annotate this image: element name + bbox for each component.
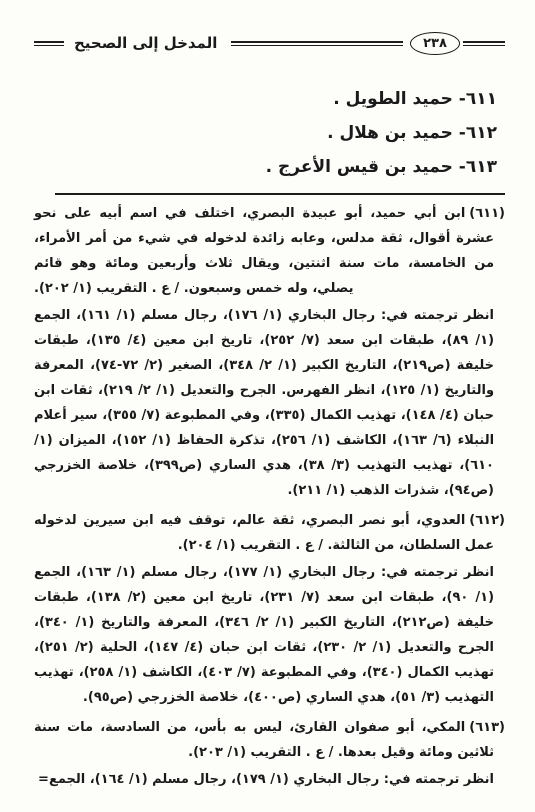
- footnote-sources: انظر ترجمته في: رجال البخاري (١/ ١٧٧)، ر…: [34, 560, 505, 710]
- page-header: ٢٣٨ المدخل إلى الصحيح: [34, 30, 505, 56]
- footnote-612: (٦١٢)العدوي، أبو نصر البصري، ثقة عالم، ت…: [34, 508, 505, 710]
- footnote-number: (٦١٢): [469, 513, 505, 528]
- page-title: المدخل إلى الصحيح: [74, 34, 217, 52]
- footnote-number: (٦١١): [469, 206, 505, 221]
- footnote-613: (٦١٣)المكي، أبو صفوان القارئ، ليس به بأس…: [34, 715, 505, 792]
- book-page: ٢٣٨ المدخل إلى الصحيح ٦١١- حميد الطويل .…: [0, 0, 535, 812]
- header-rule-left: [34, 41, 64, 46]
- footnote-body: (٦١١)ابن أبي حميد، أبو عبيدة البصري، اخت…: [34, 201, 505, 301]
- entry-613: ٦١٣- حميد بن قيس الأعرج .: [34, 150, 497, 184]
- footnote-sources: انظر ترجمته في: رجال البخاري (١/ ١٧٩)، ر…: [34, 767, 505, 792]
- entry-611: ٦١١- حميد الطويل .: [34, 82, 497, 116]
- footnotes-section: (٦١١)ابن أبي حميد، أبو عبيدة البصري، اخت…: [34, 201, 505, 792]
- footnote-body: (٦١٢)العدوي، أبو نصر البصري، ثقة عالم، ت…: [34, 508, 505, 558]
- page-number-badge: ٢٣٨: [410, 32, 460, 55]
- footnote-body-text: العدوي، أبو نصر البصري، ثقة عالم، توقف ف…: [34, 513, 494, 553]
- footnote-611: (٦١١)ابن أبي حميد، أبو عبيدة البصري، اخت…: [34, 201, 505, 503]
- footnote-body: (٦١٣)المكي، أبو صفوان القارئ، ليس به بأس…: [34, 715, 505, 765]
- footnote-separator-rule: [55, 193, 505, 195]
- footnote-body-text: ابن أبي حميد، أبو عبيدة البصري، اختلف في…: [34, 206, 494, 296]
- header-rule-middle: [231, 41, 403, 46]
- page-number: ٢٣٨: [423, 37, 447, 50]
- footnote-number: (٦١٣): [469, 720, 505, 735]
- footnote-sources: انظر ترجمته في: رجال البخاري (١/ ١٧٦)، ر…: [34, 303, 505, 503]
- entries-list: ٦١١- حميد الطويل . ٦١٢- حميد بن هلال . ٦…: [34, 82, 505, 184]
- header-rule-right: [463, 41, 505, 46]
- entry-612: ٦١٢- حميد بن هلال .: [34, 116, 497, 150]
- footnote-body-text: المكي، أبو صفوان القارئ، ليس به بأس، من …: [34, 720, 494, 760]
